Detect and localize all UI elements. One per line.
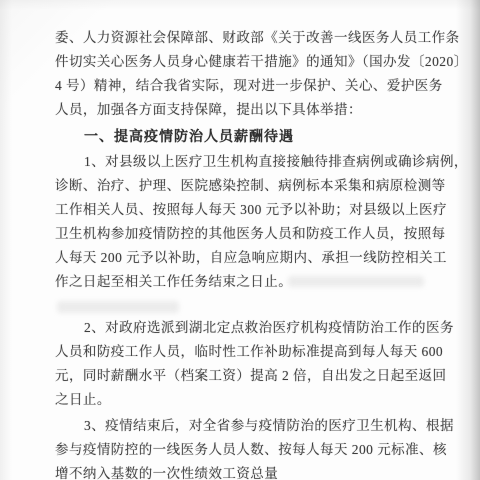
- paragraph: 2、对政府选派到湖北定点救治医疗机构疫情防治工作的医务人员和防疫工作人员，临时性…: [55, 316, 446, 412]
- paragraph: 3、疫情结束后，对全省参与疫情防治的医疗卫生机构、根据参与疫情防控的一线医务人员…: [55, 414, 446, 480]
- section-heading: 一、提高疫情防治人员薪酬待遇: [55, 124, 446, 148]
- text-line: 2、对政府选派到湖北定点救治医疗机构疫情防治工作的医务: [55, 316, 446, 340]
- text-line: 委、人力资源社会保障部、财政部《关于改善一线医务人员工作条: [55, 26, 446, 50]
- paragraph: 委、人力资源社会保障部、财政部《关于改善一线医务人员工作条件切实关心医务人员身心…: [55, 26, 446, 122]
- text-line: 之日止。: [55, 388, 446, 412]
- text-line: 1、对县级以上医疗卫生机构直接接触待排查病例或确诊病例，: [55, 150, 446, 174]
- text-line: 作之日起至相关工作任务结束之日止。: [55, 270, 446, 294]
- text-line: 件切实关心医务人员身心健康若干措施》的通知》（国办发〔2020〕: [55, 50, 446, 74]
- text-line: 工作相关人员、按照每人每天 300 元予以补助；对县级以上医疗: [55, 198, 446, 222]
- text-line: 卫生机构参加疫情防控的其他医务人员和防疫工作人员，按照每: [55, 222, 446, 246]
- text-line: 人员和防疫工作人员，临时性工作补助标准提高到每人每天 600: [55, 340, 446, 364]
- text-line: 4 号）精神，结合我省实际，现对进一步保护、关心、爱护医务: [55, 74, 446, 98]
- text-line: 人每天 200 元予以补助，自应急响应期内、承担一线防控相关工: [55, 246, 446, 270]
- text-line: 一、提高疫情防治人员薪酬待遇: [55, 124, 446, 148]
- paragraph: 1、对县级以上医疗卫生机构直接接触待排查病例或确诊病例，诊断、治疗、护理、医院感…: [55, 150, 446, 294]
- text-line: 诊断、治疗、护理、医院感染控制、病例标本采集和病原检测等: [55, 174, 446, 198]
- text-line: 增不纳入基数的一次性绩效工资总量: [55, 462, 446, 480]
- text-line: 人员，加强各方面支持保障，提出以下具体举措：: [55, 98, 446, 122]
- document-photo: 委、人力资源社会保障部、财政部《关于改善一线医务人员工作条件切实关心医务人员身心…: [0, 0, 480, 480]
- text-line: 参与疫情防控的一线医务人员人数、按每人每天 200 元标准、核: [55, 438, 446, 462]
- text-line: 元，同时薪酬水平（档案工资）提高 2 倍，自出发之日起至返回: [55, 364, 446, 388]
- document-text: 委、人力资源社会保障部、财政部《关于改善一线医务人员工作条件切实关心医务人员身心…: [0, 0, 480, 480]
- text-line: 3、疫情结束后，对全省参与疫情防治的医疗卫生机构、根据: [55, 414, 446, 438]
